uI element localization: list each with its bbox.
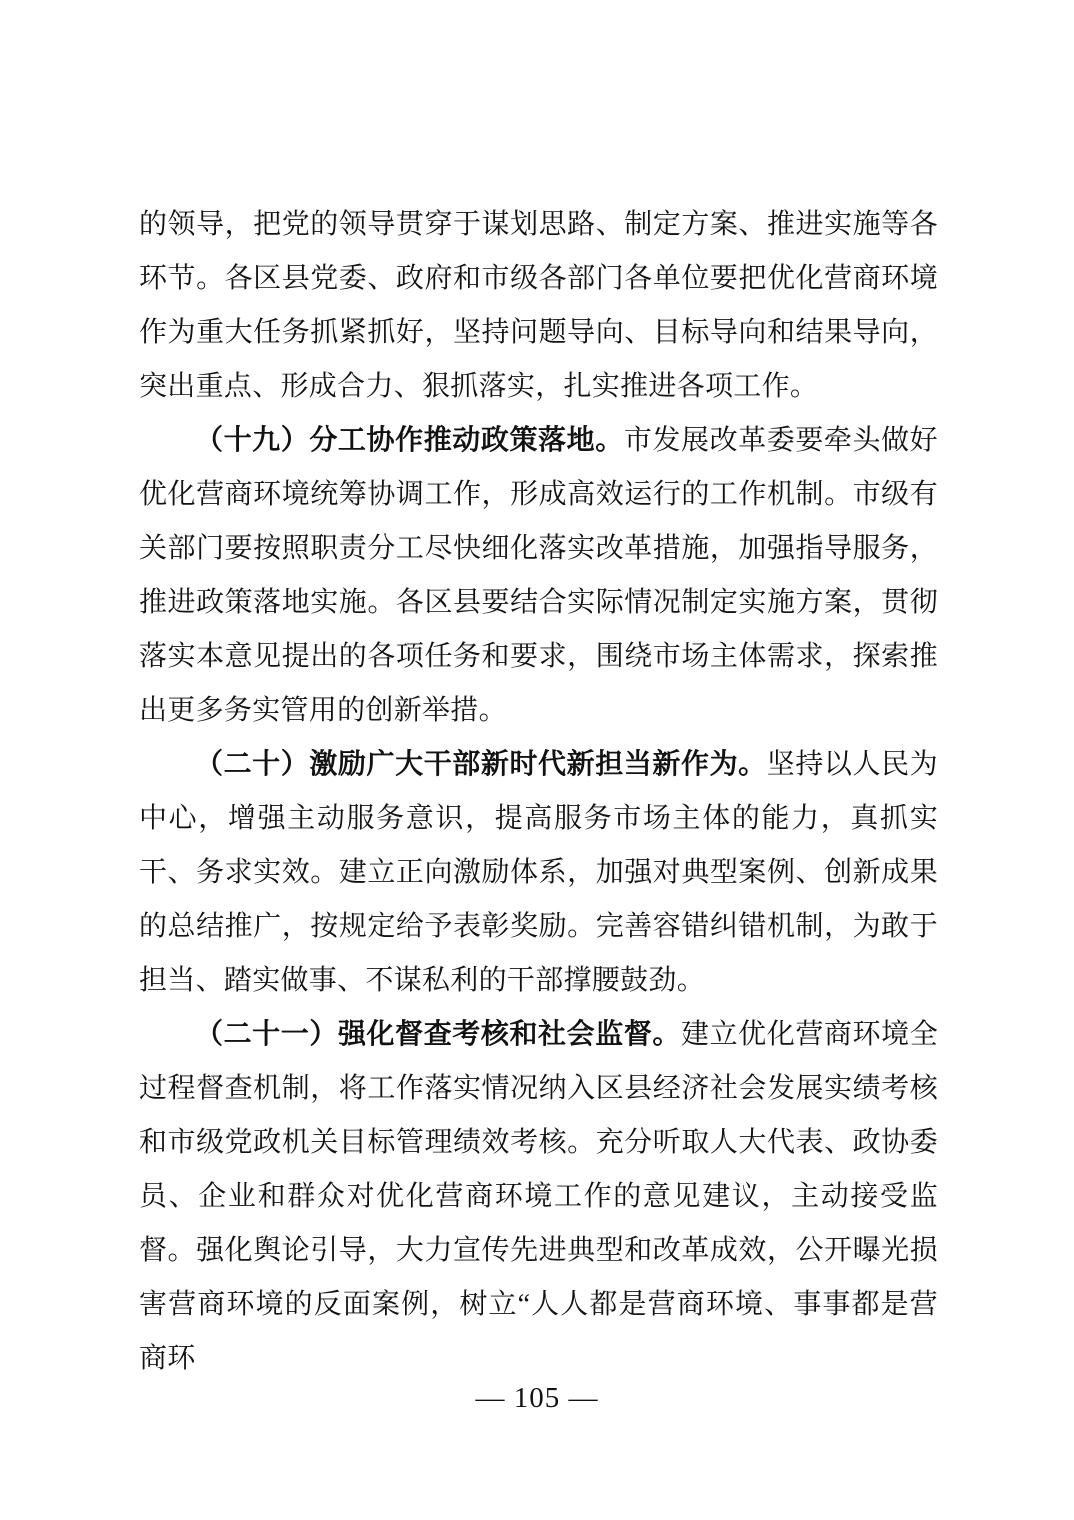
paragraph-text: 的领导，把党的领导贯穿于谋划思路、制定方案、推进实施等各环节。各区县党委、政府和… [139, 209, 938, 402]
page-body: 的领导，把党的领导贯穿于谋划思路、制定方案、推进实施等各环节。各区县党委、政府和… [139, 198, 938, 1386]
paragraph-text: 坚持以人民为中心，增强主动服务意识，提高服务市场主体的能力，真抓实干、务求实效。… [139, 749, 938, 996]
section-heading: （二十）激励广大干部新时代新担当新作为。 [195, 749, 767, 780]
paragraph-text: 建立优化营商环境全过程督查机制，将工作落实情况纳入区县经济社会发展实绩考核和市级… [139, 1019, 938, 1374]
section-heading: （十九）分工协作推动政策落地。 [195, 425, 624, 456]
page-number: — 105 — [0, 1378, 1074, 1418]
paragraph-text: 市发展改革委要牵头做好优化营商环境统筹协调工作，形成高效运行的工作机制。市级有关… [139, 425, 938, 726]
paragraph: （二十一）强化督查考核和社会监督。建立优化营商环境全过程督查机制，将工作落实情况… [139, 1008, 938, 1386]
paragraph: （二十）激励广大干部新时代新担当新作为。坚持以人民为中心，增强主动服务意识，提高… [139, 738, 938, 1008]
paragraph: （十九）分工协作推动政策落地。市发展改革委要牵头做好优化营商环境统筹协调工作，形… [139, 414, 938, 738]
document-page: 的领导，把党的领导贯穿于谋划思路、制定方案、推进实施等各环节。各区县党委、政府和… [0, 0, 1074, 1520]
paragraph: 的领导，把党的领导贯穿于谋划思路、制定方案、推进实施等各环节。各区县党委、政府和… [139, 198, 938, 414]
section-heading: （二十一）强化督查考核和社会监督。 [195, 1019, 681, 1050]
